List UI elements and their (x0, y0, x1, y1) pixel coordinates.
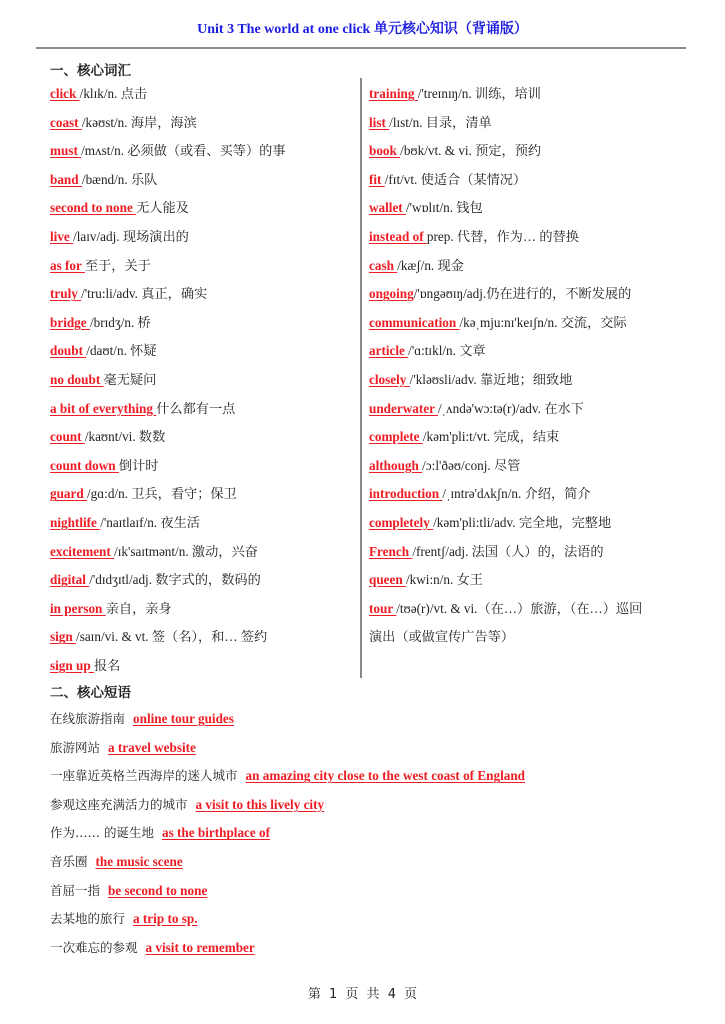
vocab-term: although (369, 458, 422, 473)
section-heading-phrases: 二、核心短语 (50, 681, 131, 701)
vocab-definition: /laɪv/adj. 现场演出的 (73, 229, 189, 244)
vocab-definition: /gɑ:d/n. 卫兵，看守；保卫 (87, 486, 237, 501)
vocab-term: doubt (50, 343, 86, 358)
vocab-item: sign /saɪn/vi. & vt. 签（名），和… 签约 (50, 627, 350, 656)
vocab-term: complete (369, 429, 423, 444)
vocab-term: second to none (50, 200, 136, 215)
vocab-definition: 至于，关于 (85, 258, 151, 273)
vocab-definition: /kəm'pli:t/vt. 完成，结束 (423, 429, 559, 444)
vocab-term: French (369, 544, 412, 559)
vocab-definition: /kæʃ/n. 现金 (397, 258, 464, 273)
phrase-chinese: 去某地的旅行 (50, 911, 125, 926)
vocab-definition: /brɪdʒ/n. 桥 (90, 315, 151, 330)
vocab-definition: 无人能及 (136, 200, 189, 215)
vocab-column-left: click /klɪk/n. 点击 coast /kəʊst/n. 海岸，海滨 … (50, 84, 350, 684)
vocab-item: nightlife /'naɪtlaɪf/n. 夜生活 (50, 513, 350, 542)
vocab-term: queen (369, 572, 406, 587)
vocab-definition: /'wɒlɪt/n. 钱包 (406, 200, 483, 215)
vocab-term: in person (50, 601, 106, 616)
vocab-item: guard /gɑ:d/n. 卫兵，看守；保卫 (50, 484, 350, 513)
vocab-item: wallet /'wɒlɪt/n. 钱包 (369, 198, 689, 227)
vocab-definition: /'kləʊsli/adv. 靠近地；细致地 (410, 372, 573, 387)
vocab-item: band /bænd/n. 乐队 (50, 170, 350, 199)
vocab-definition: /'ɒngəʊɪŋ/adj.仍在进行的，不断发展的 (414, 286, 632, 301)
vocab-definition: /'naɪtlaɪf/n. 夜生活 (100, 515, 200, 530)
vocab-definition: /tʊə(r)/vt. & vi.（在…）旅游，（在…）巡回 (396, 601, 642, 616)
vocab-term: count (50, 429, 85, 444)
phrase-item: 一座靠近英格兰西海岸的迷人城市an amazing city close to … (50, 766, 525, 795)
vocab-term: introduction (369, 486, 442, 501)
vocab-item: closely /'kləʊsli/adv. 靠近地；细致地 (369, 370, 689, 399)
vocab-item: article /'ɑ:tɪkl/n. 文章 (369, 341, 689, 370)
page-number: 第 1 页 共 4 页 (0, 983, 725, 1002)
vocab-item: completely /kəm'pli:tli/adv. 完全地，完整地 (369, 513, 689, 542)
vocab-definition: /lɪst/n. 目录，清单 (389, 115, 492, 130)
vocab-term: book (369, 143, 400, 158)
vocab-definition: /kəˌmju:nɪ'keɪʃn/n. 交流，交际 (459, 315, 626, 330)
vocab-term: guard (50, 486, 87, 501)
vocab-term: cash (369, 258, 397, 273)
vocab-definition: /'dɪdʒɪtl/adj. 数字式的，数码的 (89, 572, 261, 587)
vocab-definition: /bʊk/vt. & vi. 预定，预约 (400, 143, 541, 158)
vocab-item: no doubt 毫无疑问 (50, 370, 350, 399)
vocab-term: must (50, 143, 81, 158)
title-rule (36, 47, 686, 49)
vocab-term: training (369, 86, 418, 101)
vocab-definition: prep. 代替，作为… 的替换 (427, 229, 579, 244)
phrase-item: 一次难忘的参观a visit to remember (50, 938, 525, 967)
vocab-definition: /'tru:li/adv. 真正，确实 (81, 286, 207, 301)
phrase-chinese: 一座靠近英格兰西海岸的迷人城市 (50, 768, 238, 783)
vocab-term: closely (369, 372, 410, 387)
vocab-item: count /kaʊnt/vi. 数数 (50, 427, 350, 456)
vocab-definition: /kwi:n/n. 女王 (406, 572, 483, 587)
vocab-item: tour /tʊə(r)/vt. & vi.（在…）旅游，（在…）巡回 (369, 599, 689, 628)
vocab-term: as for (50, 258, 85, 273)
vocab-item: communication /kəˌmju:nɪ'keɪʃn/n. 交流，交际 (369, 313, 689, 342)
vocab-term: click (50, 86, 80, 101)
vocab-item: must /mʌst/n. 必须做（或看、买等）的事 (50, 141, 350, 170)
document-title: Unit 3 The world at one click 单元核心知识（背诵版… (0, 18, 725, 38)
phrase-item: 去某地的旅行a trip to sp. (50, 909, 525, 938)
vocab-term: completely (369, 515, 433, 530)
vocab-definition: /daʊt/n. 怀疑 (86, 343, 156, 358)
vocab-item: queen /kwi:n/n. 女王 (369, 570, 689, 599)
vocab-definition: /mʌst/n. 必须做（或看、买等）的事 (81, 143, 285, 158)
vocab-term: count down (50, 458, 119, 473)
vocab-item: although /ɔ:l'ðəʊ/conj. 尽管 (369, 456, 689, 485)
phrase-english: a visit to remember (146, 940, 255, 955)
vocab-item: excitement /ɪk'saɪtmənt/n. 激动，兴奋 (50, 542, 350, 571)
vocab-item: cash /kæʃ/n. 现金 (369, 256, 689, 285)
phrase-chinese: 参观这座充满活力的城市 (50, 797, 188, 812)
section-heading-vocabulary: 一、核心词汇 (50, 59, 131, 79)
vocab-item: fit /fɪt/vt. 使适合（某情况） (369, 170, 689, 199)
vocab-item: a bit of everything 什么都有一点 (50, 399, 350, 428)
vocab-definition: /fɪt/vt. 使适合（某情况） (385, 172, 526, 187)
phrase-item: 在线旅游指南online tour guides (50, 709, 525, 738)
vocab-item: coast /kəʊst/n. 海岸，海滨 (50, 113, 350, 142)
vocab-definition: 报名 (94, 658, 120, 673)
phrase-english: a travel website (108, 740, 196, 755)
vocab-item: ongoing/'ɒngəʊɪŋ/adj.仍在进行的，不断发展的 (369, 284, 689, 313)
vocab-item: list /lɪst/n. 目录，清单 (369, 113, 689, 142)
vocab-definition: /frentʃ/adj. 法国（人）的，法语的 (412, 544, 603, 559)
phrase-english: a trip to sp. (133, 911, 197, 926)
phrase-item: 参观这座充满活力的城市a visit to this lively city (50, 795, 525, 824)
phrase-chinese: 在线旅游指南 (50, 711, 125, 726)
vocab-item: digital /'dɪdʒɪtl/adj. 数字式的，数码的 (50, 570, 350, 599)
vocab-definition: /ˌʌndə'wɔ:tə(r)/adv. 在水下 (438, 401, 584, 416)
phrase-item: 首屈一指be second to none (50, 881, 525, 910)
vocab-item: complete /kəm'pli:t/vt. 完成，结束 (369, 427, 689, 456)
vocab-definition: /klɪk/n. 点击 (80, 86, 147, 101)
phrase-english: online tour guides (133, 711, 234, 726)
vocab-item-continuation: 演出（或做宣传广告等） (369, 627, 689, 656)
vocab-term: excitement (50, 544, 114, 559)
vocab-definition: /ɪk'saɪtmənt/n. 激动，兴奋 (114, 544, 258, 559)
vocab-term: underwater (369, 401, 438, 416)
vocab-term: article (369, 343, 408, 358)
vocab-item: training /'treɪnɪŋ/n. 训练，培训 (369, 84, 689, 113)
vocab-item: doubt /daʊt/n. 怀疑 (50, 341, 350, 370)
vocab-definition: /'ɑ:tɪkl/n. 文章 (408, 343, 485, 358)
vocab-definition: /ˌɪntrə'dʌkʃn/n. 介绍，简介 (442, 486, 590, 501)
vocab-item: underwater /ˌʌndə'wɔ:tə(r)/adv. 在水下 (369, 399, 689, 428)
vocab-term: coast (50, 115, 82, 130)
vocab-column-right: training /'treɪnɪŋ/n. 训练，培训 list /lɪst/n… (369, 84, 689, 656)
vocab-definition: /kəm'pli:tli/adv. 完全地，完整地 (433, 515, 611, 530)
vocab-definition: 毫无疑问 (104, 372, 157, 387)
phrase-chinese: 音乐圈 (50, 854, 88, 869)
phrase-chinese: 作为…… 的诞生地 (50, 825, 154, 840)
phrase-item: 音乐圈the music scene (50, 852, 525, 881)
vocab-term: band (50, 172, 82, 187)
vocab-term: list (369, 115, 389, 130)
vocab-definition: 倒计时 (119, 458, 159, 473)
phrase-english: a visit to this lively city (196, 797, 325, 812)
vocab-term: sign up (50, 658, 94, 673)
vocab-term: nightlife (50, 515, 100, 530)
vocab-term: tour (369, 601, 396, 616)
vocab-definition: 亲自，亲身 (106, 601, 172, 616)
phrase-english: an amazing city close to the west coast … (246, 768, 525, 783)
vocab-item: instead of prep. 代替，作为… 的替换 (369, 227, 689, 256)
vocab-item: second to none 无人能及 (50, 198, 350, 227)
vocab-item: French /frentʃ/adj. 法国（人）的，法语的 (369, 542, 689, 571)
vocab-term: ongoing (369, 286, 414, 301)
phrase-english: be second to none (108, 883, 207, 898)
vocab-definition: /'treɪnɪŋ/n. 训练，培训 (418, 86, 541, 101)
phrase-list: 在线旅游指南online tour guides 旅游网站a travel we… (50, 709, 525, 966)
vocab-term: bridge (50, 315, 90, 330)
vocab-item: book /bʊk/vt. & vi. 预定，预约 (369, 141, 689, 170)
phrase-item: 旅游网站a travel website (50, 738, 525, 767)
phrase-chinese: 旅游网站 (50, 740, 100, 755)
column-divider (360, 78, 362, 678)
vocab-item: bridge /brɪdʒ/n. 桥 (50, 313, 350, 342)
vocab-term: communication (369, 315, 459, 330)
vocab-term: no doubt (50, 372, 104, 387)
vocab-definition: /bænd/n. 乐队 (82, 172, 157, 187)
vocab-term: a bit of everything (50, 401, 156, 416)
vocab-definition: 演出（或做宣传广告等） (369, 629, 514, 644)
vocab-item: introduction /ˌɪntrə'dʌkʃn/n. 介绍，简介 (369, 484, 689, 513)
phrase-english: as the birthplace of (162, 825, 270, 840)
vocab-definition: /kəʊst/n. 海岸，海滨 (82, 115, 197, 130)
vocab-definition: /kaʊnt/vi. 数数 (85, 429, 166, 444)
vocab-item: truly /'tru:li/adv. 真正，确实 (50, 284, 350, 313)
vocab-item: click /klɪk/n. 点击 (50, 84, 350, 113)
vocab-item: in person 亲自，亲身 (50, 599, 350, 628)
vocab-term: sign (50, 629, 76, 644)
vocab-term: instead of (369, 229, 427, 244)
phrase-item: 作为…… 的诞生地as the birthplace of (50, 823, 525, 852)
phrase-chinese: 一次难忘的参观 (50, 940, 138, 955)
vocab-definition: /saɪn/vi. & vt. 签（名），和… 签约 (76, 629, 267, 644)
vocab-item: count down 倒计时 (50, 456, 350, 485)
vocab-definition: 什么都有一点 (156, 401, 235, 416)
vocab-term: digital (50, 572, 89, 587)
vocab-term: wallet (369, 200, 406, 215)
vocab-item: live /laɪv/adj. 现场演出的 (50, 227, 350, 256)
vocab-term: truly (50, 286, 81, 301)
vocab-term: live (50, 229, 73, 244)
vocab-term: fit (369, 172, 385, 187)
phrase-english: the music scene (96, 854, 183, 869)
phrase-chinese: 首屈一指 (50, 883, 100, 898)
vocab-definition: /ɔ:l'ðəʊ/conj. 尽管 (422, 458, 520, 473)
vocab-item: as for 至于，关于 (50, 256, 350, 285)
